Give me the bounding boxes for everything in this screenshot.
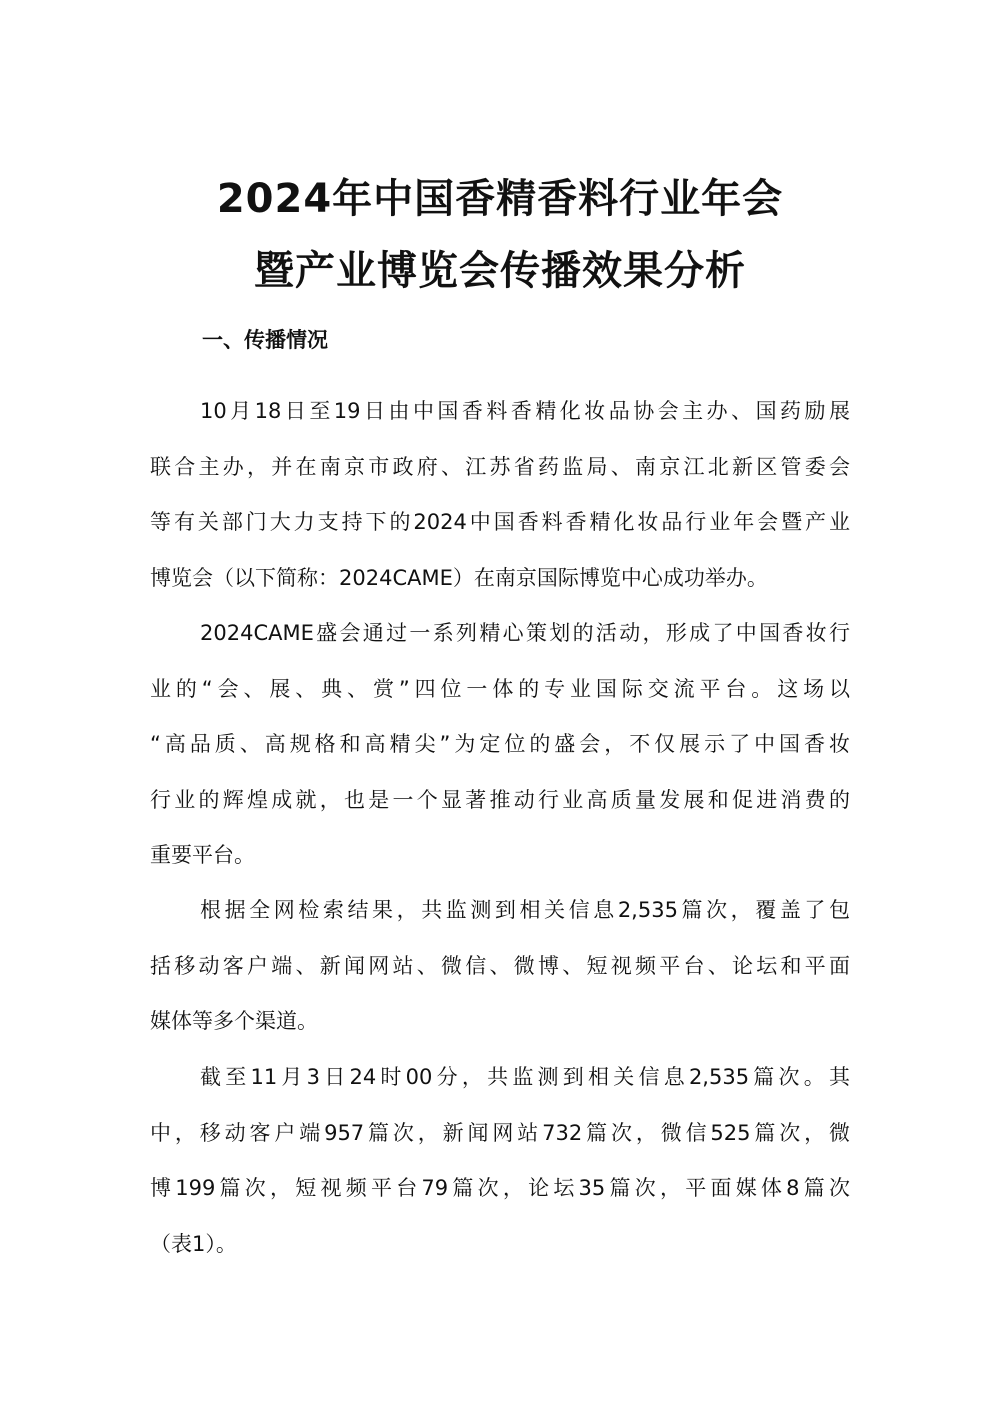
- paragraph-line: （表1）。: [150, 1217, 850, 1273]
- paragraph-line: 博览会（以下简称：2024CAME）在南京国际博览中心成功举办。: [150, 551, 850, 607]
- paragraph-line: 媒体等多个渠道。: [150, 994, 850, 1050]
- paragraph-event-significance: 2024CAME盛会通过一系列精心策划的活动，形成了中国香妆行 业的“会、展、典…: [150, 606, 850, 884]
- paragraph-line: 等有关部门大力支持下的2024中国香料香精化妆品行业年会暨产业: [150, 495, 850, 551]
- paragraph-line: 2024CAME盛会通过一系列精心策划的活动，形成了中国香妆行: [150, 606, 850, 662]
- paragraph-search-results: 根据全网检索结果，共监测到相关信息2,535篇次，覆盖了包 括移动客户端、新闻网…: [150, 883, 850, 1050]
- paragraph-line: 10月18日至19日由中国香料香精化妆品协会主办、国药励展: [150, 384, 850, 440]
- document-page: 2024年中国香精香料行业年会 暨产业博览会传播效果分析 一、传播情况 10月1…: [0, 0, 1000, 1415]
- paragraph-line: 截至11月3日24时00分，共监测到相关信息2,535篇次。其: [150, 1050, 850, 1106]
- paragraph-line: 联合主办，并在南京市政府、江苏省药监局、南京江北新区管委会: [150, 440, 850, 496]
- paragraph-line: 根据全网检索结果，共监测到相关信息2,535篇次，覆盖了包: [150, 883, 850, 939]
- paragraph-line: 业的“会、展、典、赏”四位一体的专业国际交流平台。这场以: [150, 662, 850, 718]
- section-heading: 一、传播情况: [202, 322, 328, 358]
- document-title-line-2: 暨产业博览会传播效果分析: [0, 247, 1000, 295]
- paragraph-line: 括移动客户端、新闻网站、微信、微博、短视频平台、论坛和平面: [150, 939, 850, 995]
- paragraph-line: 行业的辉煌成就，也是一个显著推动行业高质量发展和促进消费的: [150, 773, 850, 829]
- paragraph-line: 博199篇次，短视频平台79篇次，论坛35篇次，平面媒体8篇次: [150, 1161, 850, 1217]
- paragraph-event-intro: 10月18日至19日由中国香料香精化妆品协会主办、国药励展 联合主办，并在南京市…: [150, 384, 850, 606]
- paragraph-line: 重要平台。: [150, 828, 850, 884]
- paragraph-channel-breakdown: 截至11月3日24时00分，共监测到相关信息2,535篇次。其 中，移动客户端9…: [150, 1050, 850, 1272]
- paragraph-line: 中，移动客户端957篇次，新闻网站732篇次，微信525篇次，微: [150, 1106, 850, 1162]
- document-title-line-1: 2024年中国香精香料行业年会: [0, 175, 1000, 223]
- paragraph-line: “高品质、高规格和高精尖”为定位的盛会，不仅展示了中国香妆: [150, 717, 850, 773]
